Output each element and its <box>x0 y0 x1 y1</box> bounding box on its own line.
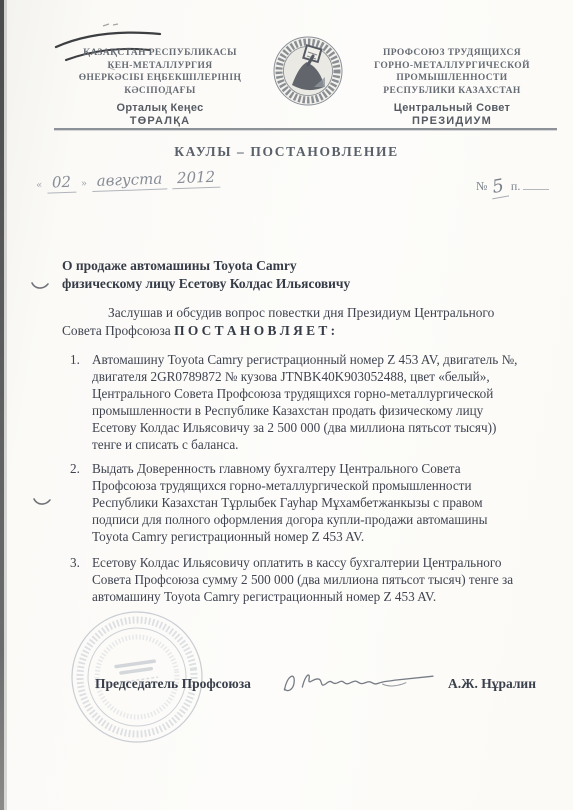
number-label: № <box>476 179 487 193</box>
council-label-russian: Центральный Совет <box>346 102 558 115</box>
quote-open: « <box>36 180 43 191</box>
resolution-item: 1. Автомашину Toyota Camry регистрационн… <box>70 352 545 453</box>
signer-role: Председатель Профсоюза <box>95 676 251 692</box>
quote-close: » <box>81 178 88 189</box>
org-block-kazakh: ҚАЗАҚСТАН РЕСПУБЛИКАСЫ КЕН-МЕТАЛЛУРГИЯ Ө… <box>54 47 266 128</box>
org-line: РЕСПУБЛИКИ КАЗАХСТАН <box>346 85 558 98</box>
org-line: ПРОМЫШЛЕННОСТИ <box>346 72 558 85</box>
margin-check-mark <box>32 496 52 508</box>
org-line: ҚАЗАҚСТАН РЕСПУБЛИКАСЫ <box>54 47 266 60</box>
body-label-russian: ПРЕЗИДИУМ <box>346 115 558 128</box>
handwritten-date: « 02 » августа 2012 <box>36 166 266 192</box>
handwritten-number: 5 <box>489 175 510 200</box>
document-subject: О продаже автомашины Toyota Camry физиче… <box>62 257 350 293</box>
date-day: 02 <box>47 173 77 194</box>
number-suffix: п. <box>511 179 520 193</box>
org-block-russian: ПРОФСОЮЗ ТРУДЯЩИХСЯ ГОРНО-МЕТАЛЛУРГИЧЕСК… <box>346 47 558 128</box>
org-line: КӘСІПОДАҒЫ <box>54 85 266 98</box>
resolution-item: 2. Выдать Доверенность главному бухгалте… <box>70 461 545 546</box>
scanned-resolution-document: ҚАЗАҚСТАН РЕСПУБЛИКАСЫ КЕН-МЕТАЛЛУРГИЯ Ө… <box>0 0 573 810</box>
number-underline <box>523 177 549 190</box>
margin-check-mark <box>30 280 50 292</box>
body-label-kazakh: ТӨРАЛҚА <box>54 115 266 128</box>
union-emblem-icon <box>272 35 344 107</box>
item-number: 2. <box>70 461 92 546</box>
council-label-kazakh: Орталық Кеңес <box>54 102 266 115</box>
org-line: КЕН-МЕТАЛЛУРГИЯ <box>54 60 266 73</box>
document-title: КАУЛЫ – ПОСТАНОВЛЕНИЕ <box>0 144 573 160</box>
org-line: ӨНЕРКӘСІБІ ЕҢБЕКШІЛЕРІНІҢ <box>54 72 266 85</box>
item-text: Есетову Колдас Ильясовичу оплатить в кас… <box>92 555 513 606</box>
handwritten-signature <box>278 658 443 700</box>
org-line: ПРОФСОЮЗ ТРУДЯЩИХСЯ <box>346 47 558 60</box>
resolve-word: П О С Т А Н О В Л Я Е Т : <box>174 323 335 338</box>
signer-name: А.Ж. Нұралин <box>448 676 536 692</box>
item-number: 3. <box>70 555 92 606</box>
date-year: 2012 <box>172 168 221 190</box>
org-line: ГОРНО-МЕТАЛЛУРГИЧЕСКОЙ <box>346 60 558 73</box>
document-number: № 5 п. <box>476 174 549 196</box>
item-text: Автомашину Toyota Camry регистрационный … <box>92 352 517 453</box>
intro-paragraph: Заслушав и обсудив вопрос повестки дня П… <box>62 304 524 340</box>
header-divider <box>54 128 557 130</box>
date-month: августа <box>91 169 167 192</box>
scan-edge-shadow-light <box>4 0 7 810</box>
item-text: Выдать Доверенность главному бухгалтеру … <box>92 461 487 546</box>
resolution-item: 3. Есетову Колдас Ильясовичу оплатить в … <box>70 555 545 606</box>
item-number: 1. <box>70 352 92 453</box>
